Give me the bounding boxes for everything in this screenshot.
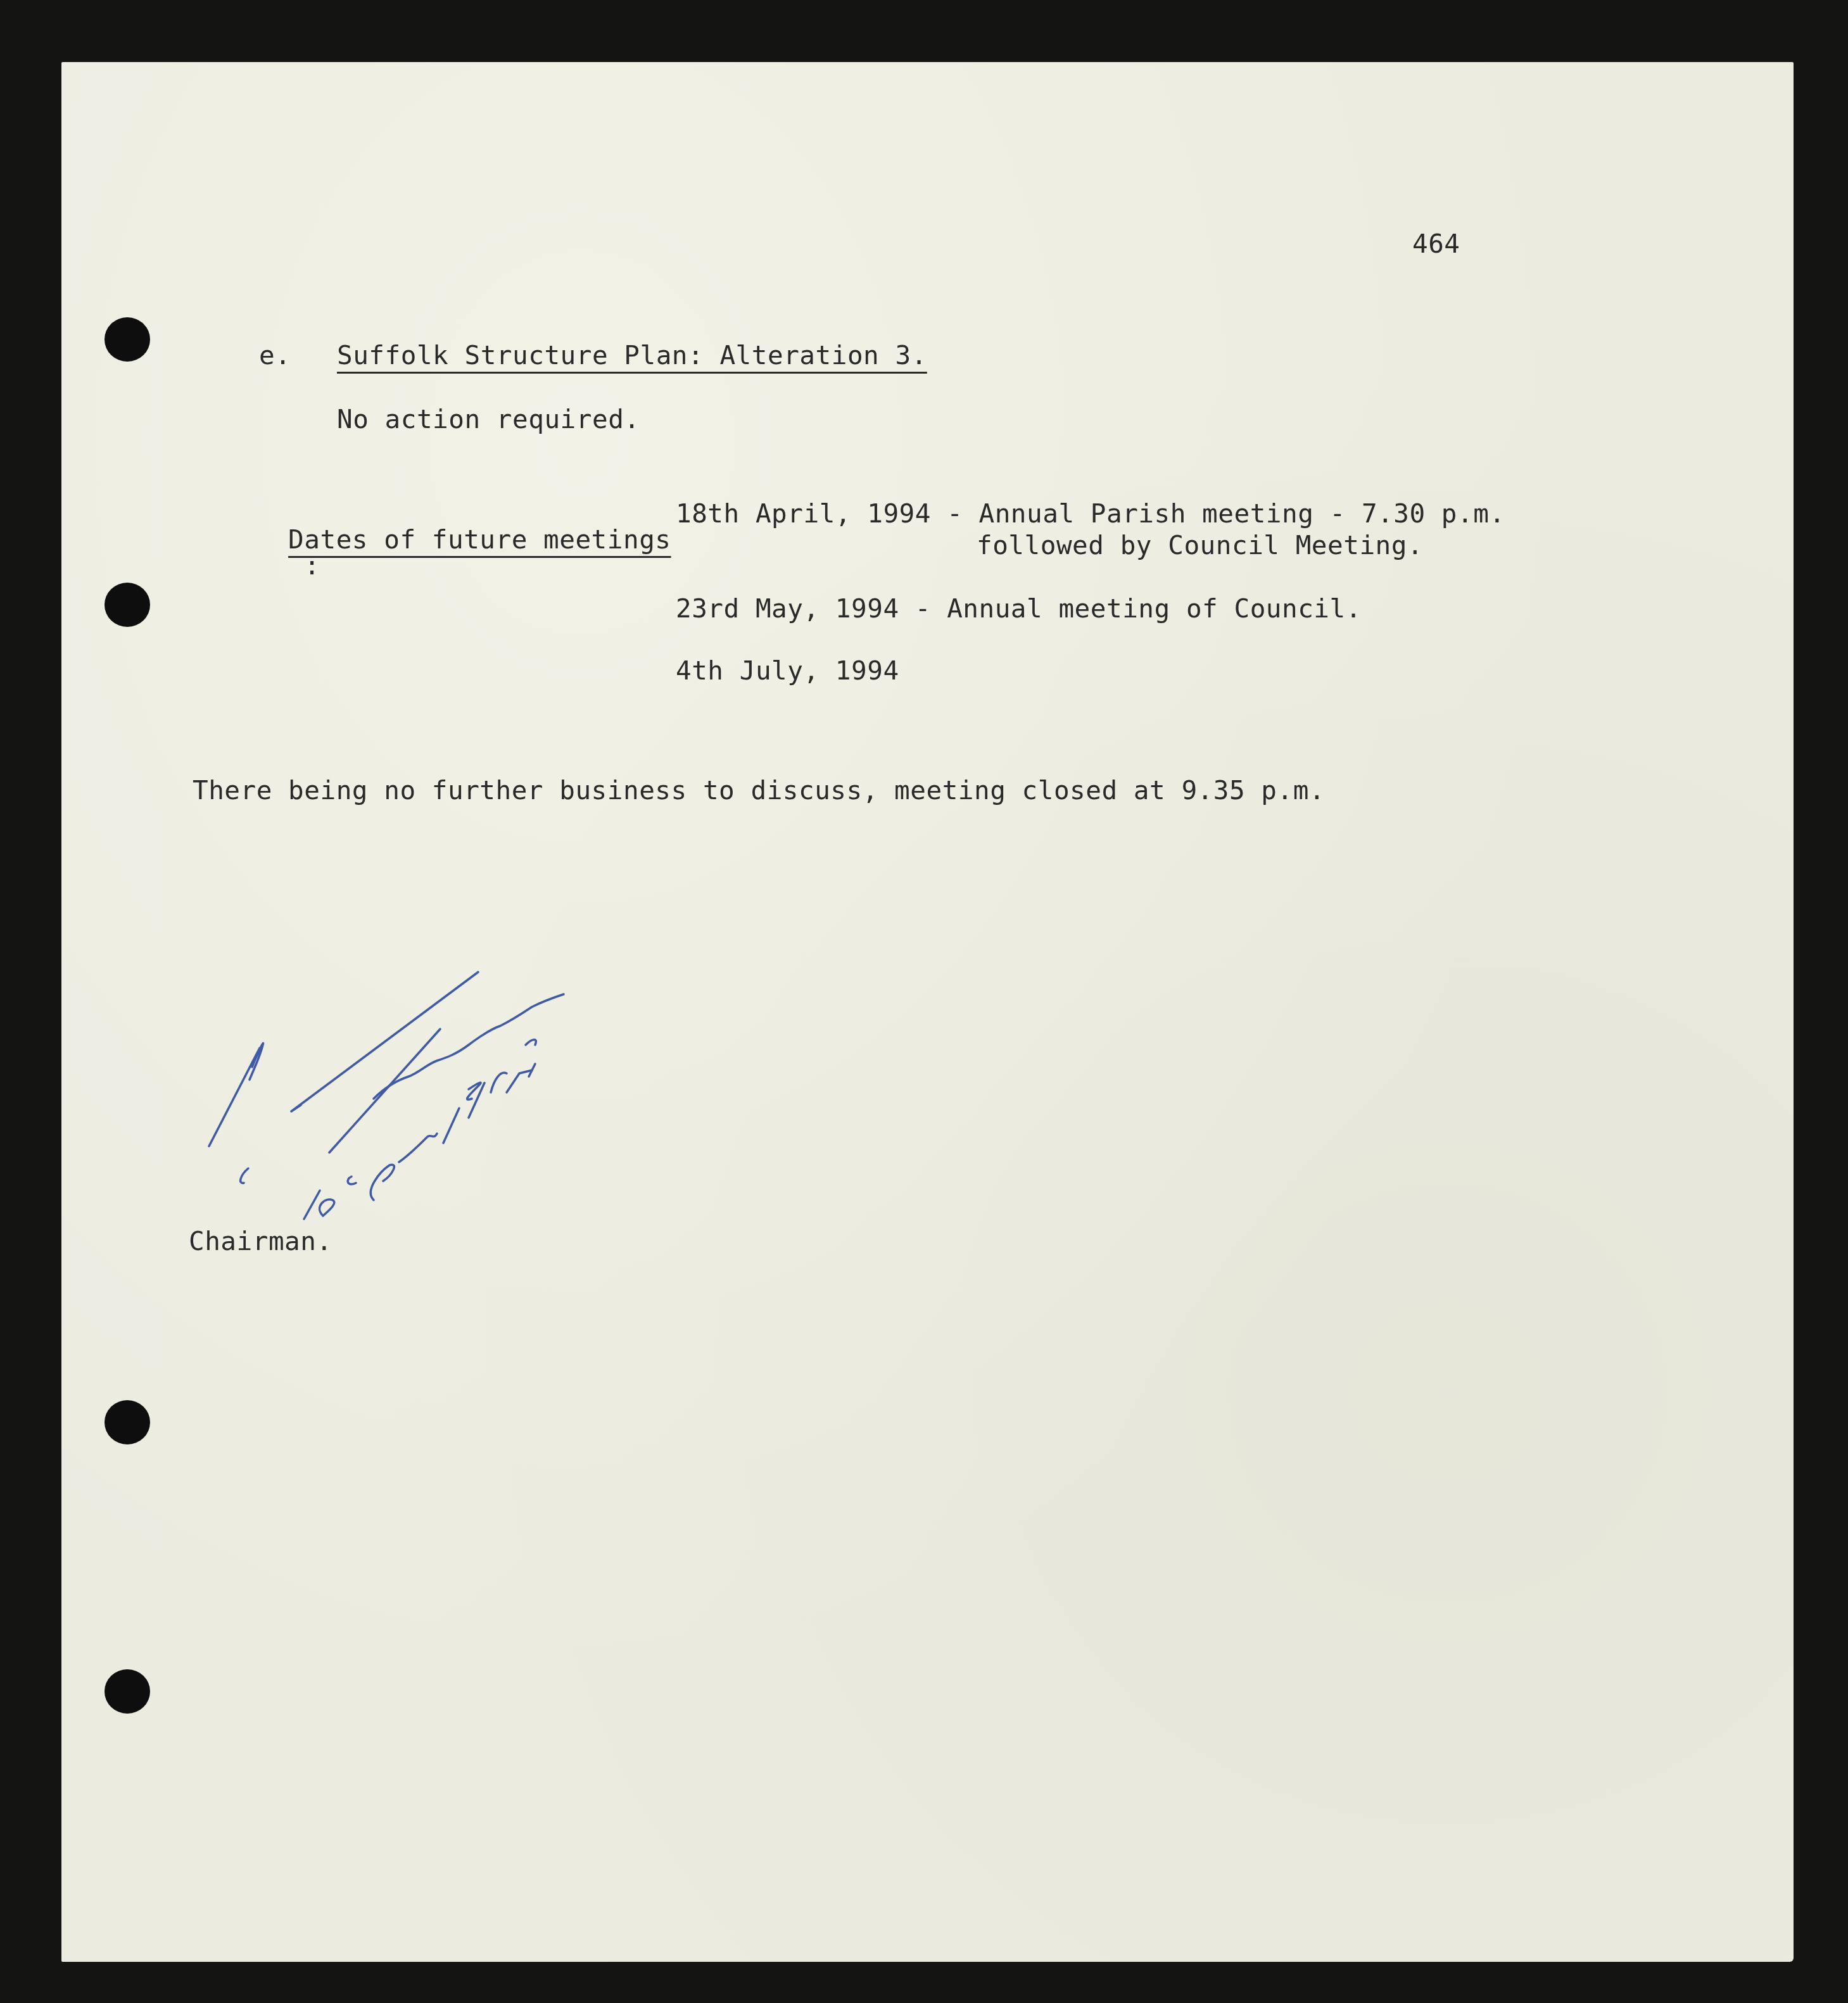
future-meetings-label-group: Dates of future meetings :: [193, 501, 671, 605]
closing-statement: There being no further business to discu…: [193, 778, 1325, 804]
punch-hole-1: [104, 317, 150, 362]
future-meetings-colon: :: [304, 550, 320, 581]
meeting-entry-3: 4th July, 1994: [676, 658, 899, 684]
item-e-label: e.: [259, 343, 291, 369]
meeting-entry-1-line-1: 18th April, 1994 - Annual Parish meeting…: [676, 501, 1505, 527]
future-meetings-separator: [288, 550, 304, 581]
scanned-document: 464 e. Suffolk Structure Plan: Alteratio…: [0, 0, 1848, 2003]
item-e-body: No action required.: [337, 407, 640, 433]
punch-hole-4: [104, 1669, 150, 1714]
meeting-entry-2: 23rd May, 1994 - Annual meeting of Counc…: [676, 596, 1362, 622]
item-e-heading: Suffolk Structure Plan: Alteration 3.: [337, 343, 927, 369]
future-meetings-label: Dates of future meetings: [288, 524, 671, 555]
page-number: 464: [1412, 231, 1460, 257]
punch-hole-3: [104, 1400, 150, 1444]
signature-strokes: [190, 944, 760, 1235]
meeting-entry-1-line-2: followed by Council Meeting.: [977, 533, 1423, 559]
punch-hole-2: [104, 583, 150, 627]
handwritten-signature: [190, 944, 760, 1235]
